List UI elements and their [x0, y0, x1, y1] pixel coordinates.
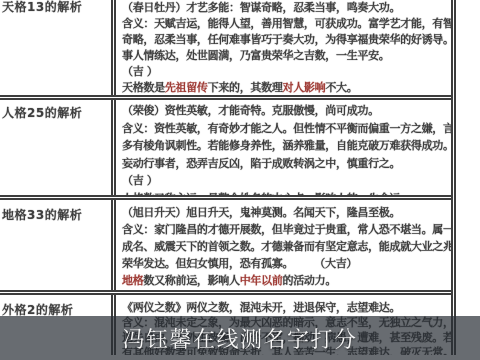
- analysis-text-cell: （荣俊）资性英敏，才能奇特。克服傲慢，尚可成功。 含义：资性英敏，有奇妙才能之人…: [116, 100, 451, 195]
- row-header-waige: 外格2的解析: [0, 295, 111, 318]
- row-header-tiange: 天格13的解析: [0, 0, 111, 15]
- page-title: 冯钰馨在线测名字打分: [122, 323, 357, 354]
- grid-note: 人格数又称主运，是整个姓名的中心点，影响人的一生命运。: [122, 190, 451, 196]
- analysis-line: 奇略，忍柔当事，任何难事皆巧于奏大功，为得享福贵荣华的好诱导。凡: [122, 32, 451, 48]
- title-overlay-bar: 冯钰馨在线测名字打分: [0, 316, 480, 360]
- table-row-dige: 地格33的解析 （旭日升天）旭日升天，鬼神莫测。名闻天下，隆昌至极。 含义：家门…: [0, 200, 451, 295]
- table-row-tiange: 天格13的解析 （春日牡丹）才艺多能：智谋奇略，忍柔当事，鸣奏大功。 含义：天赋…: [0, 0, 451, 100]
- analysis-line: （春日牡丹）才艺多能：智谋奇略，忍柔当事，鸣奏大功。: [122, 0, 451, 16]
- analysis-line: （旭日升天）旭日升天，鬼神莫测。名闻天下，隆昌至极。: [122, 204, 451, 221]
- analysis-line: 含义：家门隆昌的才德开展数，但毕竟过于贵重，常人恐不堪当。属一举: [122, 221, 451, 238]
- row-header-cell: 天格13的解析: [0, 0, 116, 95]
- analysis-line: 事人情练达，处世圆满，乃富贵荣华之吉数，一生平安。: [122, 48, 451, 64]
- analysis-text-cell: （旭日升天）旭日升天，鬼神莫测。名闻天下，隆昌至极。 含义：家门隆昌的才德开展数…: [116, 200, 451, 290]
- analysis-line: 成名、威震天下的首领之数。才德兼备而有坚定意志，能成就大业之兆，: [122, 238, 451, 255]
- analysis-line: 多有棱角讽刺性。若能修身养性，涵养雅量，自能克破万难获得成功。若: [122, 137, 451, 155]
- table-row-renge: 人格25的解析 （荣俊）资性英敏，才能奇特。克服傲慢，尚可成功。 含义：资性英敏…: [0, 100, 451, 200]
- analysis-text-cell: （春日牡丹）才艺多能：智谋奇略，忍柔当事，鸣奏大功。 含义：天赋吉运，能得人望，…: [116, 0, 451, 95]
- analysis-line: 《两仪之数》两仪之数，混沌未开，进退保守，志望难达。: [122, 300, 451, 315]
- grid-note: 地格数又称前运，影响人中年以前的活动力。: [122, 272, 451, 289]
- name-test-result-page: 天格13的解析 （春日牡丹）才艺多能：智谋奇略，忍柔当事，鸣奏大功。 含义：天赋…: [0, 0, 480, 360]
- row-header-cell: 地格33的解析: [0, 200, 116, 290]
- analysis-line: 含义：天赋吉运，能得人望，善用智慧，可获成功。富学艺才能，有智谋: [122, 16, 451, 32]
- grid-note: 天格数是先祖留传下来的，其数理对人影响不大。: [122, 80, 451, 95]
- row-header-renge: 人格25的解析: [0, 100, 111, 121]
- row-header-dige: 地格33的解析: [0, 200, 111, 223]
- analysis-line: 含义：资性英敏，有奇妙才能之人。但性情不平衡而偏重一方之嫌，言语: [122, 120, 451, 138]
- analysis-line: 荣华发达。但妇女慎用，恐有孤寡。 （大吉）: [122, 255, 451, 272]
- luck-mark: （吉 ）: [122, 64, 451, 80]
- analysis-line: （荣俊）资性英敏，才能奇特。克服傲慢，尚可成功。: [122, 102, 451, 120]
- row-header-cell: 人格25的解析: [0, 100, 116, 195]
- analysis-line: 妄动行事者，恐弄吉反凶，陷于成败转涡之中，慎重行之。: [122, 155, 451, 173]
- analysis-table: 天格13的解析 （春日牡丹）才艺多能：智谋奇略，忍柔当事，鸣奏大功。 含义：天赋…: [0, 0, 456, 355]
- luck-mark: （吉 ）: [122, 172, 451, 190]
